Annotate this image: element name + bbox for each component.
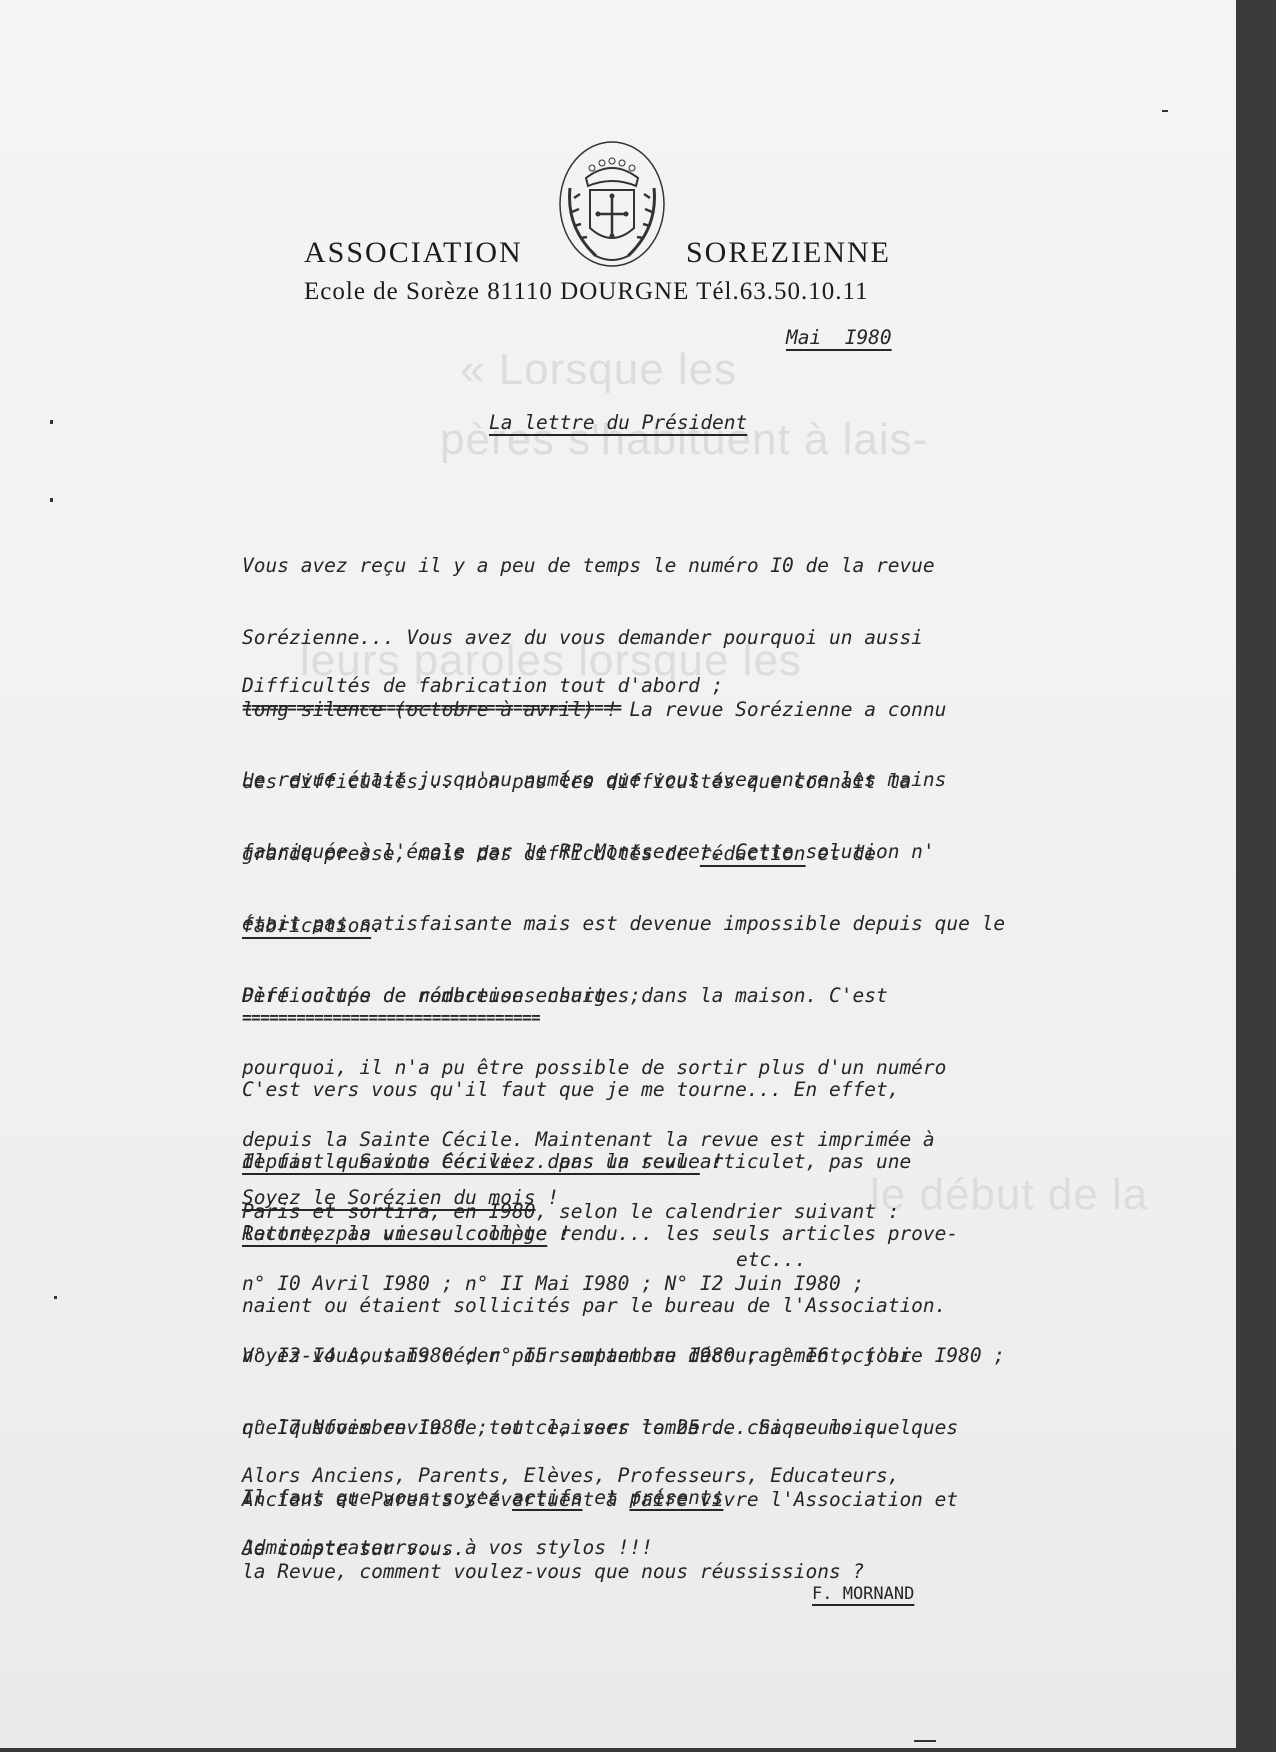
heading-rule: ================================= bbox=[242, 1006, 540, 1030]
scanner-edge bbox=[1236, 0, 1276, 1752]
scan-mark bbox=[914, 1740, 936, 1742]
scan-mark bbox=[50, 498, 53, 502]
section-heading-fabrication: Difficultés de fabrication tout d'abord … bbox=[242, 674, 723, 698]
closing-paragraph: Alors Anciens, Parents, Elèves, Professe… bbox=[242, 1416, 899, 1608]
org-name-left: ASSOCIATION bbox=[304, 236, 523, 270]
text-line: Sorézienne... Vous avez du vous demander… bbox=[242, 626, 946, 650]
org-name-right: SOREZIENNE bbox=[686, 236, 891, 270]
scan-mark bbox=[1162, 110, 1168, 112]
text-line: Vous avez reçu il y a peu de temps le nu… bbox=[242, 554, 946, 578]
closing-line: Il faut que vous soyez actifs et présent… bbox=[242, 1486, 723, 1510]
section-heading-redaction: Difficultés de rédaction ensuite ; bbox=[242, 984, 641, 1008]
bleed-through-text: « Lorsque les bbox=[460, 345, 737, 395]
heading-rule: ========================================… bbox=[242, 696, 621, 720]
text-line: fabriquée à l'école par le RP Montserret… bbox=[242, 840, 1005, 864]
appeal-line: Racontez la vie au collège ! bbox=[242, 1222, 571, 1246]
text-line: Alors Anciens, Parents, Elèves, Professe… bbox=[242, 1464, 899, 1488]
text-line: C'est vers vous qu'il faut que je me tou… bbox=[242, 1078, 958, 1102]
appeal-line: Soyez le Sorézien du mois ! bbox=[242, 1186, 559, 1210]
text-line: était pas satisfaisante mais est devenue… bbox=[242, 912, 1005, 936]
text-line: Voyez-vous, sans céder pour autant au dé… bbox=[242, 1344, 958, 1368]
signature: F. MORNAND bbox=[812, 1582, 914, 1606]
document-page: « Lorsque les pères s'habituent à lais- … bbox=[0, 0, 1236, 1748]
etc-text: etc... bbox=[736, 1248, 806, 1272]
org-address: Ecole de Sorèze 81110 DOURGNE Tél.63.50.… bbox=[304, 278, 869, 306]
closing-line: Je compte sur vous. bbox=[242, 1537, 465, 1561]
scan-mark bbox=[50, 420, 53, 424]
text-line: Le revue était jusqu'au numéro que vous … bbox=[242, 768, 1005, 792]
scanner-edge bbox=[0, 1748, 1276, 1752]
coat-of-arms-crest-icon bbox=[556, 138, 668, 270]
appeal-line: Il faut que vous écriviez dans la revue … bbox=[242, 1150, 723, 1174]
letter-title: La lettre du Président bbox=[489, 411, 747, 435]
letter-date: Mai I980 bbox=[786, 326, 892, 350]
scan-mark bbox=[54, 1296, 57, 1299]
